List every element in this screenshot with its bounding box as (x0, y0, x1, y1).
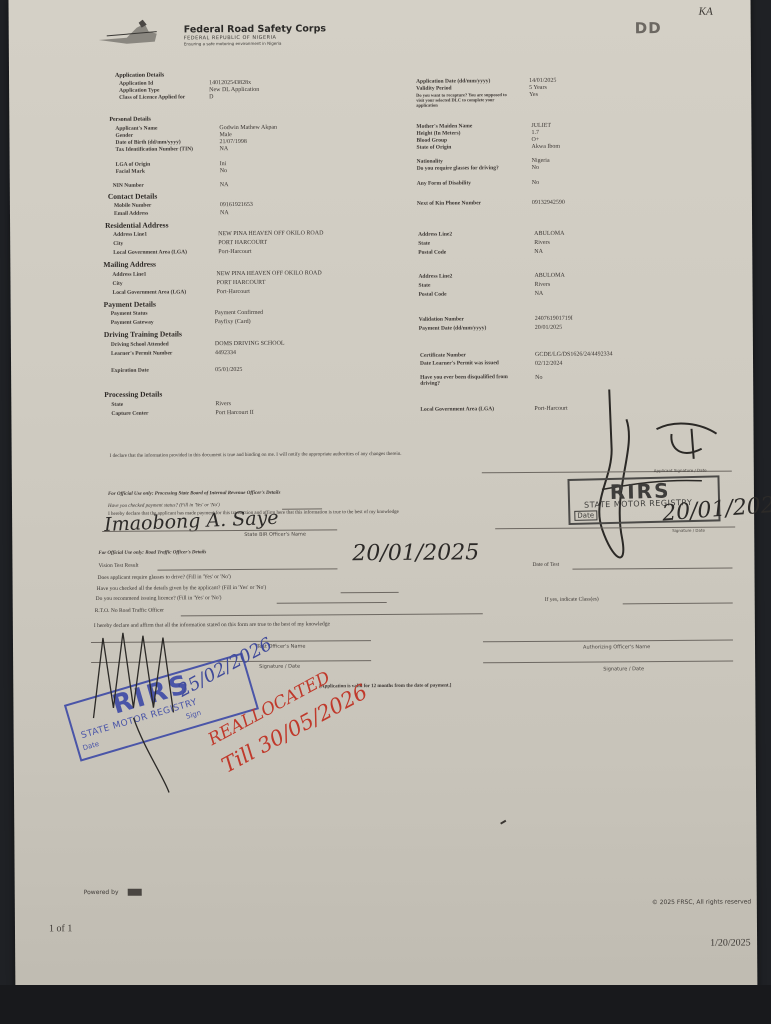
label: Address Line1 (113, 232, 147, 238)
rto-question-checked: Have you checked all the details given b… (97, 585, 267, 592)
label: Height (In Meters) (416, 130, 460, 136)
label: Postal Code (419, 292, 447, 298)
copyright: © 2025 FRSC, All rights reserved (652, 898, 751, 906)
declaration-text: I declare that the information provided … (110, 452, 402, 459)
print-date: 1/20/2025 (710, 937, 751, 948)
section-personal-details: Personal Details (109, 117, 151, 123)
rto-number-label: R.T.O. No Road Traffic Officer (95, 608, 164, 614)
label: Applicant's Name (115, 126, 157, 132)
blood-group: O+ (531, 137, 539, 143)
section-processing-details: Processing Details (104, 390, 162, 399)
label: Do you require glasses for driving? (417, 165, 507, 172)
rto-handwritten-date: 20/01/2025 (352, 540, 479, 566)
birs-section-title: For Official Use only: Processing State … (108, 491, 280, 497)
learners-permit-number: 4492334 (215, 350, 236, 356)
label: City (113, 241, 123, 247)
certificate-number: GCDE/LG/DS1626/24/4492334 (535, 351, 613, 358)
label: Mobile Number (114, 203, 151, 209)
label: Local Government Area (LGA) (113, 289, 187, 296)
processing-lga: Port-Harcourt (534, 406, 567, 412)
frsc-crest-icon (97, 19, 167, 45)
stamp-date-label: Date (574, 510, 597, 521)
section-application-details: Application Details (115, 73, 164, 79)
org-name: Federal Road Safety Corps (184, 23, 326, 35)
vendor-logo-icon (128, 889, 142, 896)
section-mailing-address: Mailing Address (103, 260, 156, 269)
label: Learner's Permit Number (111, 350, 172, 356)
driving-school: DOMS DRIVING SCHOOL (215, 341, 285, 347)
mothers-maiden-name: JULIET (531, 123, 551, 129)
label: Local Government Area (LGA) (420, 406, 494, 413)
validity-period: 5 Years (529, 85, 547, 91)
payment-status: Payment Confirmed (215, 310, 264, 316)
label: State (111, 402, 123, 408)
glasses-required: No (532, 165, 539, 171)
recapture-answer: Yes (529, 92, 538, 98)
label: Gender (115, 133, 133, 139)
res-state: Rivers (534, 240, 550, 246)
payment-date: 20/01/2025 (535, 325, 562, 331)
label: Certificate Number (420, 352, 466, 358)
label: Address Line1 (112, 272, 146, 278)
height: 1.7 (531, 130, 539, 136)
permit-issue-date: 02/12/2024 (535, 361, 562, 367)
label: Facial Mark (116, 169, 145, 175)
label: Local Government Area (LGA) (113, 249, 187, 256)
label: Any Form of Disability (417, 180, 471, 186)
disqualified-answer: No (535, 375, 542, 381)
label: Payment Date (dd/mm/yyyy) (419, 325, 487, 331)
page-number: 1 of 1 (49, 923, 72, 934)
res-address-line2: ABULOMA (534, 231, 564, 237)
disability: No (532, 180, 539, 186)
expiration-date: 05/01/2025 (215, 367, 242, 373)
res-lga: Port-Harcourt (218, 249, 251, 255)
dd-logo: DD (635, 19, 662, 37)
rto-question-recommend: Do you recommend issuing licence? (Fill … (96, 595, 222, 602)
powered-by: Powered by (84, 889, 119, 896)
label: Application Date (dd/mm/yyyy) (416, 78, 490, 85)
label: State (418, 283, 430, 289)
res-city: PORT HARCOURT (218, 240, 267, 246)
lga-of-origin: Ini (220, 161, 227, 167)
licence-class: D (209, 94, 213, 100)
label: Capture Center (111, 411, 148, 417)
label: Postal Code (418, 250, 446, 256)
org-tagline: Ensuring a safe motoring environment in … (184, 41, 282, 47)
mobile-number: 09161921653 (220, 202, 253, 208)
birs-question-payment: Have you checked payment status? (Fill i… (108, 503, 220, 509)
label: Validation Number (419, 316, 464, 322)
section-residential-address: Residential Address (105, 220, 168, 229)
payment-gateway: Payfixy (Card) (215, 319, 251, 325)
label: Class of Licence Applied for (119, 94, 185, 100)
label: Address Line2 (418, 232, 452, 238)
mail-postal-code: NA (535, 291, 544, 297)
label: Nationality (417, 159, 443, 165)
date-of-birth: 21/07/1998 (219, 139, 246, 145)
section-contact-details: Contact Details (108, 192, 157, 201)
email-address: NA (220, 210, 229, 216)
rto-question-classes: If yes, indicate Class(es) (545, 596, 599, 602)
mail-city: PORT HARCOURT (216, 280, 265, 286)
authorizing-officer-caption: Authorizing Officer's Name (583, 644, 650, 650)
nationality: Nigeria (532, 158, 550, 164)
label: Validity Period (416, 86, 451, 92)
mail-address-line1: NEW PINA HEAVEN OFF OKILO ROAD (216, 270, 321, 277)
section-payment-details: Payment Details (104, 300, 156, 309)
application-date: 14/01/2025 (529, 78, 556, 84)
label: City (112, 281, 122, 287)
facial-mark: No (220, 168, 227, 174)
mail-address-line2: ABULOMA (534, 273, 564, 279)
label: LGA of Origin (116, 162, 151, 168)
label: NIN Number (113, 183, 144, 189)
application-type: New DL Application (209, 87, 259, 93)
label: Do you want to recapture? You are suppos… (416, 92, 511, 108)
label: Payment Gateway (111, 320, 154, 326)
label: Tax Identification Number (TIN) (116, 146, 206, 153)
dark-background (0, 985, 771, 1024)
application-id: 1401202543828x (209, 80, 251, 86)
next-of-kin-phone: 09132942590 (532, 200, 565, 206)
processing-state: Rivers (215, 401, 231, 407)
validation-number: 240761901719I (535, 316, 573, 322)
label: Date Learner's Permit was issued (420, 360, 510, 367)
applicant-signature-caption: Applicant Signature / Date (654, 468, 707, 473)
label: Application Type (119, 88, 159, 94)
mail-lga: Port-Harcourt (217, 289, 250, 295)
nin-number: NA (220, 182, 229, 188)
label: Mother's Maiden Name (416, 123, 472, 129)
capture-center: Port Harcourt II (215, 410, 253, 416)
label: Address Line2 (418, 274, 452, 280)
res-address-line1: NEW PINA HEAVEN OFF OKILO ROAD (218, 230, 323, 237)
label: Have you ever been disqualified from dri… (420, 374, 512, 387)
label: Application Id (119, 81, 153, 87)
rto-section-title: For Official Use only: Road Traffic Offi… (98, 550, 206, 556)
date-of-test-label: Date of Test (532, 562, 559, 568)
label: Driving School Attended (111, 341, 169, 347)
label: Date of Birth (dd/mm/yyyy) (115, 139, 180, 145)
applicant-name: Godwin Mathew Akpan (219, 125, 277, 131)
res-postal-code: NA (534, 249, 543, 255)
corner-initials: KA (699, 6, 713, 18)
label: Email Address (114, 211, 148, 217)
label: State of Origin (417, 145, 452, 151)
rto-question-glasses: Does applicant require glasses to drive?… (98, 574, 231, 581)
document-page: Federal Road Safety Corps FEDERAL REPUBL… (8, 0, 757, 1009)
label: State (418, 241, 430, 247)
gender: Male (219, 132, 231, 138)
birs-officer-caption: State BIR Officer's Name (244, 532, 306, 538)
authorizing-signature-caption: Signature / Date (603, 666, 644, 672)
label: Payment Status (111, 311, 148, 317)
tin: NA (220, 146, 229, 152)
label: Next of Kin Phone Number (417, 200, 481, 206)
validity-note: [Application is valid for 12 months from… (319, 684, 451, 690)
vision-test-label: Vision Test Result (98, 563, 138, 569)
state-of-origin: Akwa Ibom (532, 144, 561, 150)
section-driving-training: Driving Training Details (104, 329, 182, 339)
mail-state: Rivers (534, 282, 550, 288)
birs-signature-caption: Signature / Date (672, 528, 705, 533)
label: Blood Group (416, 138, 447, 144)
label: Expiration Date (111, 368, 149, 374)
